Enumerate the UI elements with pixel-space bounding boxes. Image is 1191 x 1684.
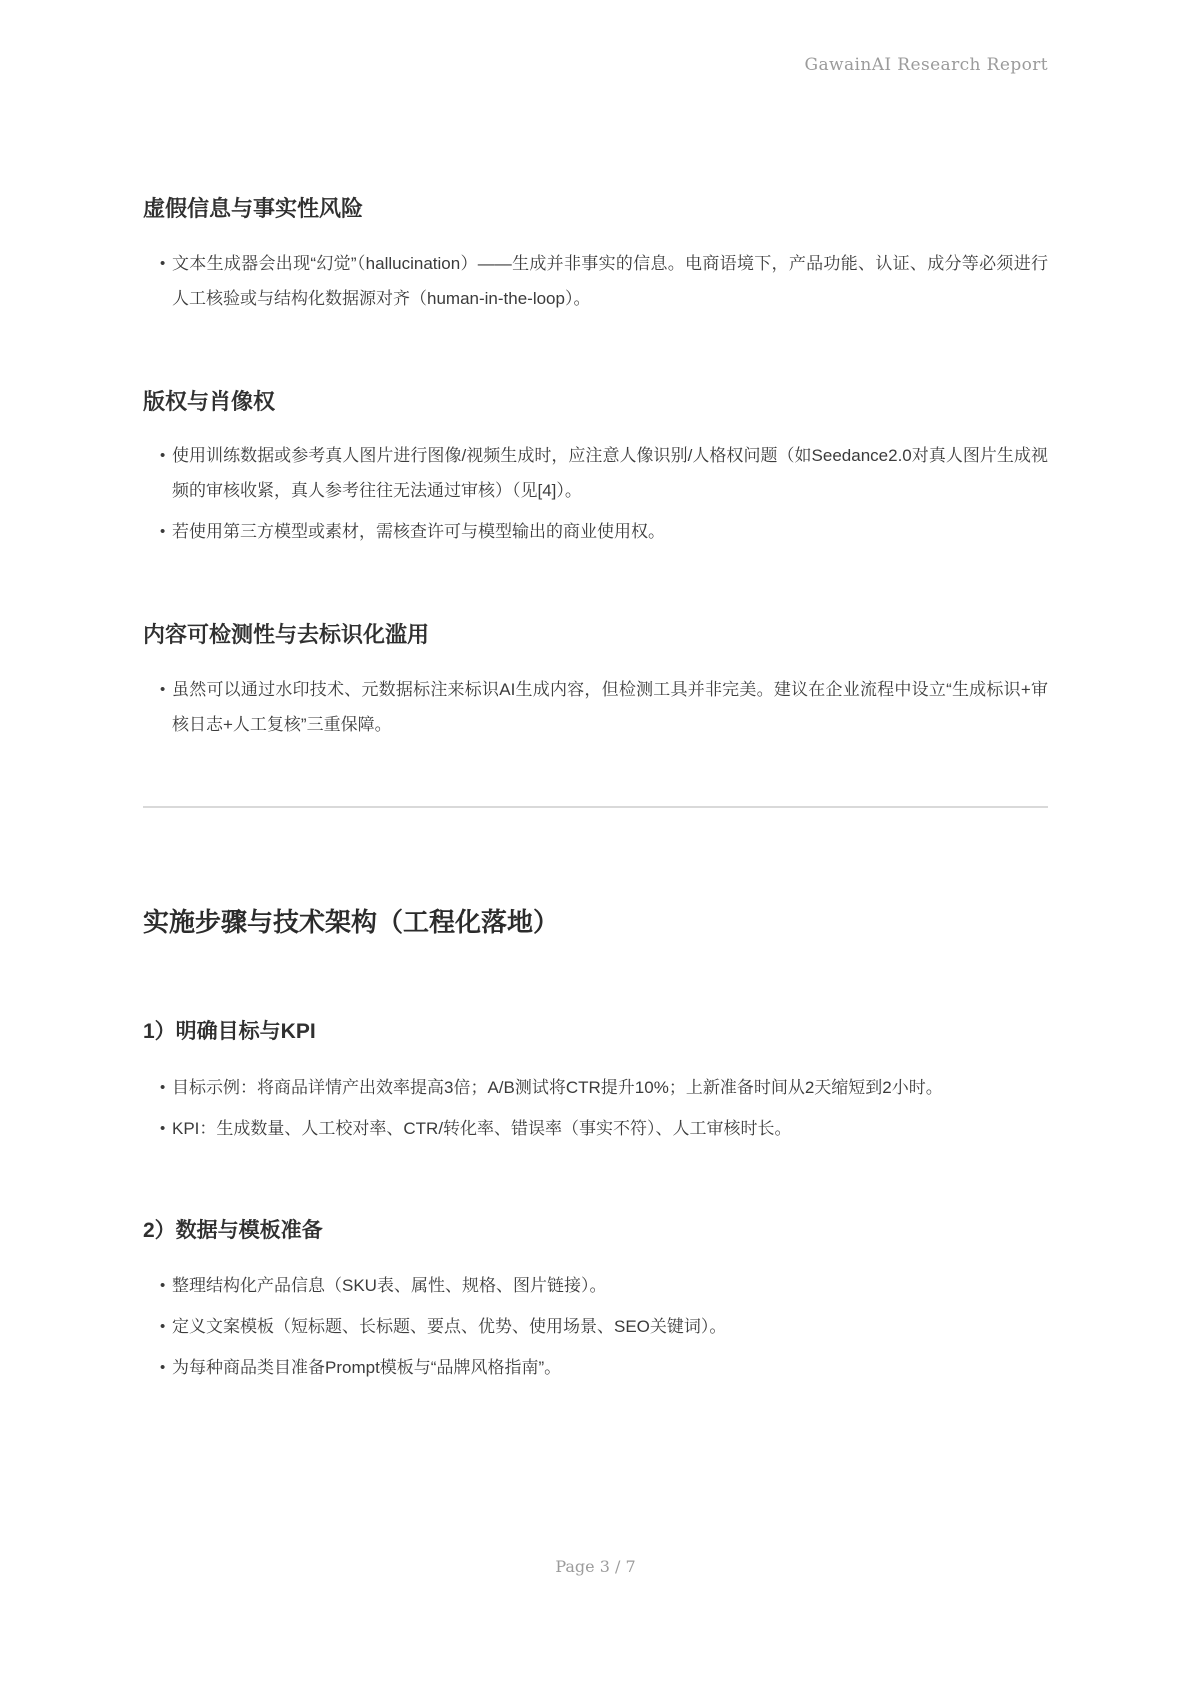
report-page: GawainAI Research Report 虚假信息与事实性风险 文本生成… [0,0,1191,1684]
bullet-list: 目标示例：将商品详情产出效率提高3倍；A/B测试将CTR提升10%；上新准备时间… [160,1070,1048,1146]
section-heading: 版权与肖像权 [143,388,1048,416]
bullet-item: KPI：生成数量、人工校对率、CTR/转化率、错误率（事实不符）、人工审核时长。 [160,1111,1048,1146]
bullet-list: 虽然可以通过水印技术、元数据标注来标识AI生成内容，但检测工具并非完美。建议在企… [160,672,1048,742]
bullet-item: 为每种商品类目准备Prompt模板与“品牌风格指南”。 [160,1350,1048,1385]
bullet-list: 文本生成器会出现“幻觉”（hallucination）——生成并非事实的信息。电… [160,246,1048,316]
bullet-item: 若使用第三方模型或素材，需核查许可与模型输出的商业使用权。 [160,514,1048,549]
bullet-list: 使用训练数据或参考真人图片进行图像/视频生成时，应注意人像识别/人格权问题（如S… [160,438,1048,549]
bullet-item: 虽然可以通过水印技术、元数据标注来标识AI生成内容，但检测工具并非完美。建议在企… [160,672,1048,742]
page-number: Page 3 / 7 [0,1557,1191,1576]
report-header: GawainAI Research Report [0,0,1191,75]
page-title: 实施步骤与技术架构（工程化落地） [143,906,1048,940]
section-divider [143,806,1048,808]
section-goals-kpi: 1）明确目标与KPI 目标示例：将商品详情产出效率提高3倍；A/B测试将CTR提… [143,1019,1048,1145]
section-heading: 虚假信息与事实性风险 [143,195,1048,223]
bullet-item: 定义文案模板（短标题、长标题、要点、优势、使用场景、SEO关键词）。 [160,1309,1048,1344]
section-data-templates: 2）数据与模板准备 整理结构化产品信息（SKU表、属性、规格、图片链接）。 定义… [143,1218,1048,1385]
bullet-item: 目标示例：将商品详情产出效率提高3倍；A/B测试将CTR提升10%；上新准备时间… [160,1070,1048,1105]
section-detectability: 内容可检测性与去标识化滥用 虽然可以通过水印技术、元数据标注来标识AI生成内容，… [143,621,1048,742]
report-body: 虚假信息与事实性风险 文本生成器会出现“幻觉”（hallucination）——… [0,195,1191,1385]
subsection-heading: 2）数据与模板准备 [143,1218,1048,1244]
bullet-item: 文本生成器会出现“幻觉”（hallucination）——生成并非事实的信息。电… [160,246,1048,316]
subsection-heading: 1）明确目标与KPI [143,1019,1048,1045]
section-copyright-portrait: 版权与肖像权 使用训练数据或参考真人图片进行图像/视频生成时，应注意人像识别/人… [143,388,1048,550]
bullet-item: 整理结构化产品信息（SKU表、属性、规格、图片链接）。 [160,1268,1048,1303]
section-factuality-risk: 虚假信息与事实性风险 文本生成器会出现“幻觉”（hallucination）——… [143,195,1048,316]
bullet-item: 使用训练数据或参考真人图片进行图像/视频生成时，应注意人像识别/人格权问题（如S… [160,438,1048,508]
section-implementation: 实施步骤与技术架构（工程化落地） [143,906,1048,940]
bullet-list: 整理结构化产品信息（SKU表、属性、规格、图片链接）。 定义文案模板（短标题、长… [160,1268,1048,1385]
section-heading: 内容可检测性与去标识化滥用 [143,621,1048,649]
